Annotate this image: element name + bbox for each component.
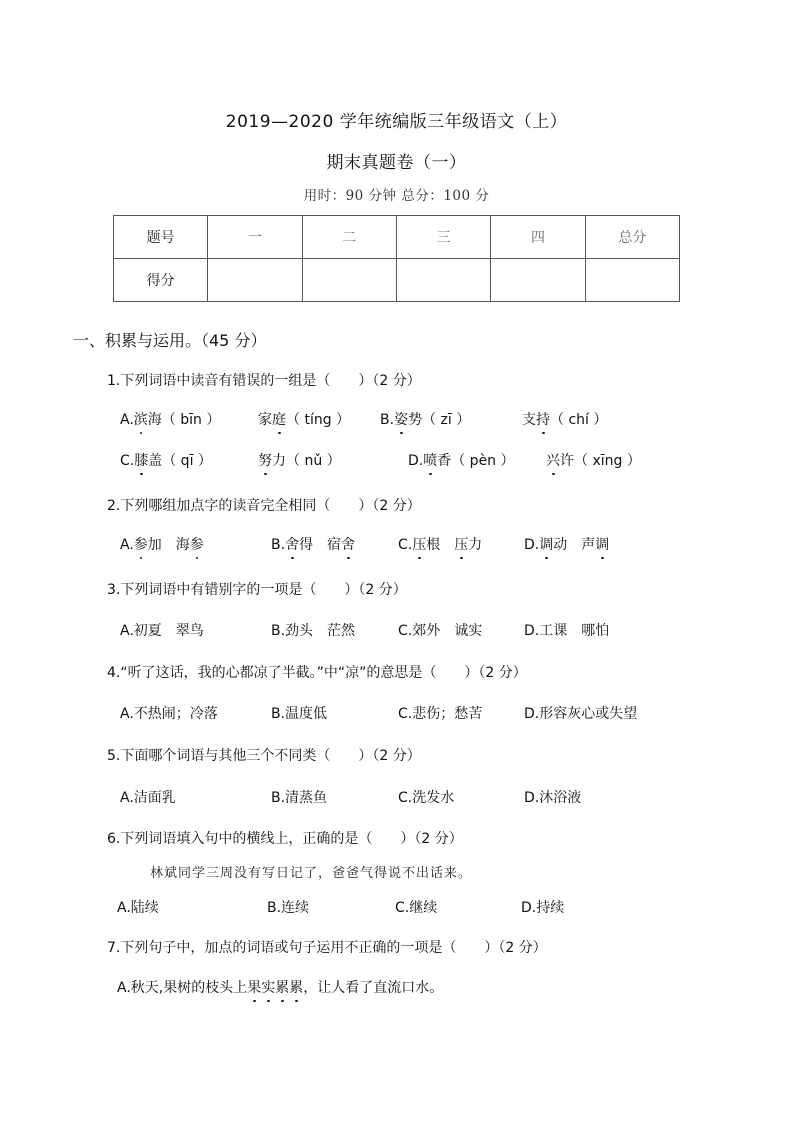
dotted-char: 兴 bbox=[546, 450, 560, 470]
dotted-char: 姿 bbox=[394, 409, 408, 429]
q4-option-b[interactable]: B.温度低 bbox=[271, 703, 327, 723]
option-text: 香（ pèn ） bbox=[437, 453, 514, 469]
score-input-3[interactable] bbox=[396, 259, 490, 302]
question-2-prompt: 2.下列哪组加点字的读音完全相同（ ）（2 分） bbox=[107, 495, 421, 515]
dotted-char: 舍 bbox=[285, 534, 299, 554]
question-6-sentence: 林斌同学三周没有写日记了，爸爸气得说不出话来。 bbox=[150, 862, 472, 881]
dotted-char: 舍 bbox=[341, 534, 355, 554]
option-label: B. bbox=[271, 537, 285, 553]
dotted-char: 压 bbox=[412, 534, 426, 554]
option-label: A. bbox=[120, 537, 134, 553]
option-text: （ tíng ） bbox=[286, 412, 350, 428]
question-5-prompt: 5.下面哪个词语与其他三个不同类（ ）（2 分） bbox=[107, 745, 421, 765]
dotted-char: 实 bbox=[261, 977, 275, 997]
q6-option-c[interactable]: C.继续 bbox=[395, 897, 437, 917]
option-text: 家 bbox=[258, 412, 272, 428]
option-text: 动 声 bbox=[553, 537, 595, 553]
dotted-char: 累 bbox=[289, 977, 303, 997]
dotted-char: 累 bbox=[275, 977, 289, 997]
dotted-char: 滨 bbox=[134, 409, 148, 429]
q1-option-b1[interactable]: B.姿势（ zī ） bbox=[380, 409, 470, 429]
q1-option-c1[interactable]: C.膝盖（ qī ） bbox=[120, 450, 212, 470]
option-text: A.秋天,果树的枝头上 bbox=[117, 980, 247, 996]
dotted-char: 努 bbox=[258, 450, 272, 470]
dotted-char: 调 bbox=[595, 534, 609, 554]
dotted-char: 果 bbox=[247, 977, 261, 997]
q1-option-c2[interactable]: 努力（ nǔ ） bbox=[258, 450, 341, 470]
option-text: 海（ bīn ） bbox=[148, 412, 221, 428]
q4-option-d[interactable]: D.形容灰心或失望 bbox=[524, 703, 637, 723]
q5-option-d[interactable]: D.沐浴液 bbox=[524, 787, 581, 807]
question-3-prompt: 3.下列词语中有错别字的一项是（ ）（2 分） bbox=[107, 579, 407, 599]
option-text: ，让人看了直流口水。 bbox=[303, 980, 443, 996]
score-table-header-row: 题号 一 二 三 四 总分 bbox=[114, 216, 680, 259]
cell-section-1: 一 bbox=[208, 216, 302, 259]
exam-meta: 用时：90 分钟 总分：100 分 bbox=[0, 184, 793, 204]
question-6-prompt: 6.下列词语填入句中的横线上，正确的是（ ）（2 分） bbox=[107, 828, 463, 848]
q2-option-d[interactable]: D.调动 声调 bbox=[524, 534, 609, 554]
cell-section-2: 二 bbox=[302, 216, 396, 259]
q5-option-c[interactable]: C.洗发水 bbox=[398, 787, 454, 807]
q3-option-b[interactable]: B.劲头 茫然 bbox=[271, 620, 355, 640]
option-text: 许（ xīng ） bbox=[560, 453, 641, 469]
q1-option-d1[interactable]: D.喷香（ pèn ） bbox=[408, 450, 515, 470]
dotted-char: 参 bbox=[190, 534, 204, 554]
q3-option-d[interactable]: D.工课 哪怕 bbox=[524, 620, 609, 640]
q5-option-b[interactable]: B.清蒸鱼 bbox=[271, 787, 327, 807]
option-label: D. bbox=[408, 453, 423, 469]
cell-label-score: 得分 bbox=[114, 259, 208, 302]
q2-option-b[interactable]: B.舍得 宿舍 bbox=[271, 534, 355, 554]
cell-total: 总分 bbox=[585, 216, 679, 259]
question-1-prompt: 1.下列词语中读音有错误的一组是（ ）（2 分） bbox=[107, 370, 421, 390]
score-input-total[interactable] bbox=[585, 259, 679, 302]
exam-title: 2019—2020 学年统编版三年级语文（上） bbox=[0, 107, 793, 132]
dotted-char: 膝 bbox=[134, 450, 148, 470]
q6-option-d[interactable]: D.持续 bbox=[521, 897, 564, 917]
option-text: 支 bbox=[522, 412, 536, 428]
dotted-char: 压 bbox=[454, 534, 468, 554]
score-table-score-row: 得分 bbox=[114, 259, 680, 302]
score-input-1[interactable] bbox=[208, 259, 302, 302]
dotted-char: 参 bbox=[134, 534, 148, 554]
q3-option-a[interactable]: A.初夏 翠鸟 bbox=[120, 620, 204, 640]
dotted-char: 调 bbox=[539, 534, 553, 554]
option-label: C. bbox=[398, 537, 412, 553]
dotted-char: 喷 bbox=[423, 450, 437, 470]
q6-option-b[interactable]: B.连续 bbox=[267, 897, 309, 917]
option-text: 盖（ qī ） bbox=[148, 453, 212, 469]
section-heading: 一、积累与运用。（45 分） bbox=[73, 328, 266, 351]
question-4-prompt: 4.“听了这话，我的心都凉了半截。”中“凉”的意思是（ ）（2 分） bbox=[107, 662, 527, 682]
option-label: D. bbox=[524, 537, 539, 553]
option-text: 根 bbox=[426, 537, 454, 553]
q2-option-a[interactable]: A.参加 海参 bbox=[120, 534, 204, 554]
cell-section-4: 四 bbox=[491, 216, 585, 259]
option-text: 力（ nǔ ） bbox=[272, 453, 341, 469]
exam-subtitle: 期末真题卷（一） bbox=[0, 148, 793, 173]
q1-option-b2[interactable]: 支持（ chí ） bbox=[522, 409, 607, 429]
cell-section-3: 三 bbox=[396, 216, 490, 259]
q1-option-d2[interactable]: 兴许（ xīng ） bbox=[546, 450, 641, 470]
score-input-4[interactable] bbox=[491, 259, 585, 302]
option-text: 势（ zī ） bbox=[408, 412, 470, 428]
option-text: 得 宿 bbox=[299, 537, 341, 553]
dotted-char: 持 bbox=[536, 409, 550, 429]
q4-option-c[interactable]: C.悲伤；愁苦 bbox=[398, 703, 482, 723]
option-text: 加 海 bbox=[148, 537, 190, 553]
cell-label-question-number: 题号 bbox=[114, 216, 208, 259]
option-label: A. bbox=[120, 412, 134, 428]
option-text: （ chí ） bbox=[550, 412, 607, 428]
score-input-2[interactable] bbox=[302, 259, 396, 302]
score-table: 题号 一 二 三 四 总分 得分 bbox=[113, 215, 680, 302]
dotted-char: 庭 bbox=[272, 409, 286, 429]
q1-option-a2[interactable]: 家庭（ tíng ） bbox=[258, 409, 350, 429]
q4-option-a[interactable]: A.不热闹；冷落 bbox=[120, 703, 218, 723]
question-7-prompt: 7.下列句子中，加点的词语或句子运用不正确的一项是（ ）（2 分） bbox=[107, 937, 547, 957]
q6-option-a[interactable]: A.陆续 bbox=[117, 897, 159, 917]
option-text: 力 bbox=[468, 537, 482, 553]
option-label: C. bbox=[120, 453, 134, 469]
q5-option-a[interactable]: A.洁面乳 bbox=[120, 787, 176, 807]
q7-option-a[interactable]: A.秋天,果树的枝头上果实累累，让人看了直流口水。 bbox=[117, 977, 443, 997]
q1-option-a1[interactable]: A.滨海（ bīn ） bbox=[120, 409, 220, 429]
option-label: B. bbox=[380, 412, 394, 428]
q2-option-c[interactable]: C.压根 压力 bbox=[398, 534, 482, 554]
q3-option-c[interactable]: C.郊外 诚实 bbox=[398, 620, 482, 640]
